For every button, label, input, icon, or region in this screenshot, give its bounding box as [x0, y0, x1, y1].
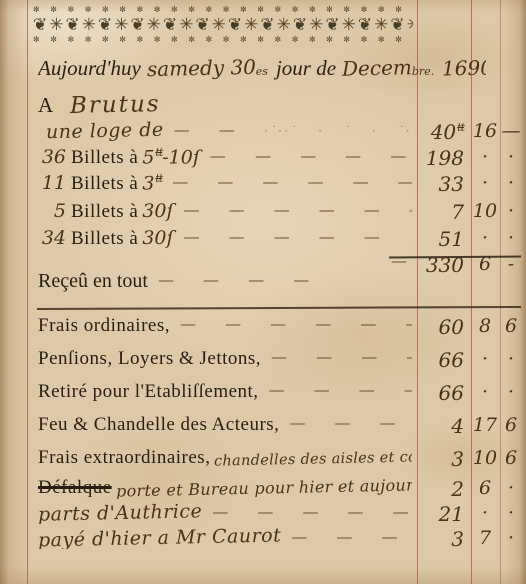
value-sols: 17 — [470, 414, 500, 436]
value-sols: · — [470, 146, 500, 168]
ticket-price: 3tt — [142, 172, 162, 194]
ticket-qty: 34 — [38, 227, 66, 249]
livre-sign: tt — [457, 121, 464, 134]
ticket-qty: 36 — [38, 146, 66, 168]
value-deniers: — — [500, 120, 522, 142]
date-day-superscript: es — [256, 65, 268, 78]
dash-leader: — — — — [289, 414, 412, 432]
value-livres: 33 — [414, 172, 464, 196]
value-deniers: 6 — [500, 315, 522, 337]
value-livres: 2 — [414, 477, 464, 501]
expense-hand-note: porte et Bureau pour hier et aujourd'huy — [115, 477, 412, 499]
expense-label: Retiré pour l'Etabliſſement, — [38, 381, 259, 403]
dash-leader: — — ⋅˙⋅⋅˙ ⋅ ˙ ⋅ ˙⋅ ⸳⸳ — — [174, 120, 412, 139]
receu-label: Reçeû en tout — [38, 270, 148, 293]
value-sols: · — [470, 502, 500, 524]
table-row-frais-ordinaires: Frais ordinaires, — — — — — — 60 8 6 — [0, 315, 526, 343]
expense-hand-note: chandelles des aisles et corridors — [214, 448, 412, 469]
ornament-band: ✼ ✼ ✼ ✼ ✼ ✼ ✼ ✼ ✼ ✼ ✼ ✼ ✼ ✼ ✼ ✼ ✼ ✼ ✼ ✼ … — [33, 6, 413, 48]
expense-label-struck: Défalque — [38, 477, 112, 499]
ticket-qty: 5 — [38, 200, 66, 222]
value-sols: · — [470, 172, 500, 194]
table-row-parts-authrice: parts d'Authrice — — — — — 21 · · — [0, 502, 526, 530]
receipt-total-label-line: Reçeû en tout — — — — — [0, 270, 526, 298]
date-month-superscript: bre. — [412, 65, 434, 78]
value-deniers: · — [500, 381, 522, 403]
dash-leader: — — — — — — — [172, 172, 412, 191]
ticket-price: 30ſ — [142, 200, 173, 222]
ticket-label: Billets à — [71, 201, 138, 223]
value-deniers: · — [500, 146, 522, 168]
date-hand-month: Decem — [342, 56, 412, 81]
dash-leader: — — — — — — — [180, 315, 412, 333]
table-row-etablissement: Retiré pour l'Etabliſſement, — — — — 66 … — [0, 381, 526, 409]
dash-leader: — — — — [291, 527, 412, 546]
expense-label: Feu & Chandelle des Acteurs, — [38, 414, 279, 436]
value-sols: 10 — [470, 200, 500, 222]
table-row-billets-36: 36 Billets à 5tt-10ſ — — — — — 198 · · — [0, 146, 526, 174]
faded-scribble: ⋅˙⋅⋅˙ ⋅ ˙ ⋅ ˙⋅ ⸳⸳ — — [264, 124, 412, 138]
ledger-page: ✼ ✼ ✼ ✼ ✼ ✼ ✼ ✼ ✼ ✼ ✼ ✼ ✼ ✼ ✼ ✼ ✼ ✼ ✼ ✼ … — [0, 0, 526, 584]
play-title-line: A Brutus — [0, 92, 526, 120]
dash-leader: — — — — — — [212, 502, 412, 521]
value-deniers: · — [500, 477, 522, 499]
dash-leader: — — — — — [269, 381, 412, 399]
value-sols: 7 — [470, 527, 500, 549]
value-sols: · — [470, 227, 500, 249]
value-deniers: 6 — [500, 414, 522, 436]
ticket-price: 30ſ — [142, 227, 173, 249]
ticket-label: Billets à — [71, 173, 138, 195]
value-livres: 66 — [414, 381, 464, 405]
value-sols: · — [470, 381, 500, 403]
expense-hand-label: payé d'hier a Mr Caurot — [38, 527, 281, 549]
expense-label: Frais ordinaires, — [38, 315, 170, 337]
value-livres: 3 — [414, 527, 464, 551]
value-sols: 10 — [470, 447, 500, 469]
table-row-pensions: Penſions, Loyers & Jettons, — — — — 66 ·… — [0, 348, 526, 376]
value-livres: 66 — [414, 348, 464, 372]
value-deniers: · — [500, 172, 522, 194]
date-printed-mid: jour de — [276, 56, 336, 81]
expense-hand-label: parts d'Authrice — [38, 502, 202, 524]
date-printed-prefix: Aujourd'huy — [38, 56, 141, 81]
value-livres: 3 — [414, 447, 464, 471]
table-row-billets-11: 11 Billets à 3tt — — — — — — 33 · · — [0, 172, 526, 200]
ticket-label: Billets à — [71, 147, 138, 169]
dash-leader: — — — — — — [184, 227, 412, 246]
value-deniers: 6 — [500, 447, 522, 469]
value-deniers: · — [500, 527, 522, 549]
value-deniers: · — [500, 502, 522, 524]
loge-label: une loge de — [46, 120, 164, 142]
value-livres: 60 — [414, 315, 464, 339]
table-row-defalque: Défalque porte et Bureau pour hier et au… — [0, 477, 526, 505]
expense-label: Penſions, Loyers & Jettons, — [38, 348, 261, 370]
table-row-feu-chandelle: Feu & Chandelle des Acteurs, — — — 4 17 … — [0, 414, 526, 442]
dash-leader: — — — — — — — [184, 200, 412, 219]
livre-sign: tt — [155, 172, 162, 185]
ticket-price: 5tt-10ſ — [142, 146, 200, 168]
table-row-billets-34: 34 Billets à 30ſ — — — — — 51 · · — [0, 227, 526, 255]
date-line: Aujourd'huy samedy 30es jour de Decembre… — [0, 56, 526, 84]
value-deniers: · — [500, 200, 522, 222]
date-hand-year: 1690 — [442, 56, 486, 81]
dash-leader: — — — — — — [210, 146, 412, 165]
value-livres: 21 — [414, 502, 464, 526]
value-livres: 7 — [414, 200, 464, 224]
ticket-qty: 11 — [38, 172, 66, 194]
value-sols: 16 — [470, 120, 500, 142]
table-row-paye-caurot: payé d'hier a Mr Caurot — — — 3 7 · — [0, 527, 526, 555]
value-livres: 51 — [414, 227, 464, 251]
value-sols: 8 — [470, 315, 500, 337]
ornament-row-bottom: ✼ ✼ ✼ ✼ ✼ ✼ ✼ ✼ ✼ ✼ ✼ ✼ ✼ ✼ ✼ ✼ ✼ ✼ ✼ ✼ … — [33, 36, 413, 44]
value-livres: 198 — [414, 146, 464, 170]
ornament-row-middle: ❦✳❦✳❦✳❦✳❦✳❦✳❦✳❦✳❦✳❦✳❦✳❦✳❦ — [33, 14, 413, 36]
dash-leader: — — — — — [158, 270, 412, 289]
play-title: Brutus — [70, 92, 161, 118]
ticket-label: Billets à — [71, 228, 138, 250]
value-sols: · — [470, 348, 500, 370]
dash-leader: — — [391, 253, 412, 270]
value-sols: 6 — [470, 477, 500, 499]
table-row-loge: une loge de — — ⋅˙⋅⋅˙ ⋅ ˙ ⋅ ˙⋅ ⸳⸳ — 40tt… — [0, 120, 526, 148]
section-rule — [37, 306, 521, 310]
value-deniers: · — [500, 348, 522, 370]
table-row-frais-extraordinaires: Frais extraordinaires, chandelles des ai… — [0, 447, 526, 475]
date-hand-day: samedy 30 — [147, 56, 256, 81]
value-livres: 40tt — [414, 120, 464, 144]
ornament-row-top: ✼ ✼ ✼ ✼ ✼ ✼ ✼ ✼ ✼ ✼ ✼ ✼ ✼ ✼ ✼ ✼ ✼ ✼ ✼ ✼ … — [33, 6, 413, 14]
table-row-billets-5: 5 Billets à 30ſ — — — — — — 7 10 · — [0, 200, 526, 228]
value-livres: 4 — [414, 414, 464, 438]
value-deniers: · — [500, 227, 522, 249]
dash-leader: — — — — — [271, 348, 412, 366]
expense-label: Frais extraordinaires, — [38, 447, 210, 469]
play-prefix: A — [38, 93, 54, 118]
